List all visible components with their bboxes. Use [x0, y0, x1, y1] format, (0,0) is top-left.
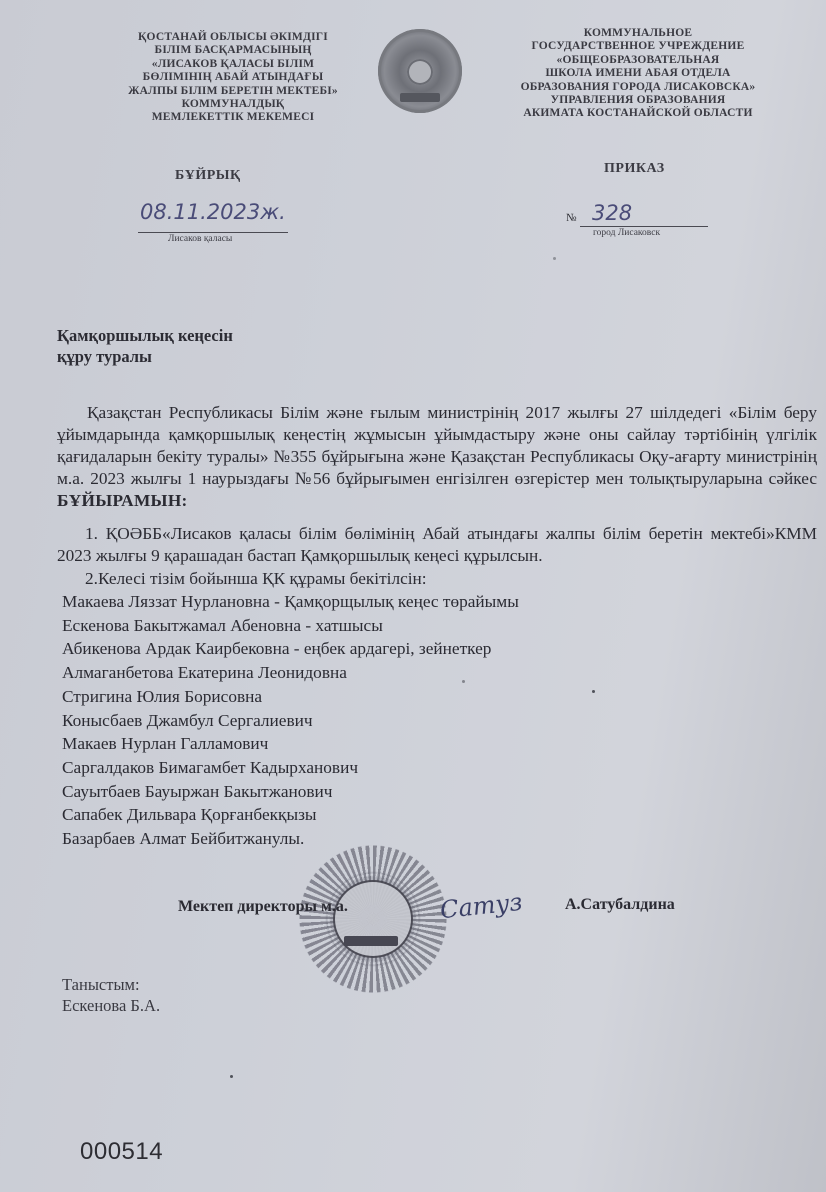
state-emblem-icon [378, 29, 462, 113]
number-prefix: № [566, 212, 577, 224]
preamble-paragraph: Қазақстан Республикасы Білім және ғылым … [57, 402, 817, 512]
handwritten-signature: Сатуз [439, 888, 524, 924]
order-item-2: 2.Келесі тізім бойынша ҚК құрамы бекітіл… [57, 568, 817, 590]
order-number: 328 [592, 201, 632, 225]
header-ru: КОММУНАЛЬНОЕ ГОСУДАРСТВЕННОЕ УЧРЕЖДЕНИЕ … [488, 27, 788, 121]
list-item: Алмаганбетова Екатерина Леонидовна [62, 661, 519, 685]
members-list: Макаева Ляззат Нурлановна - Қамқорщылық … [62, 590, 519, 851]
list-item: Саргалдаков Бимагамбет Кадырханович [62, 756, 519, 780]
list-item: Абикенова Ардак Каирбековна - еңбек арда… [62, 637, 519, 661]
number-underline [580, 226, 708, 227]
paper-speck [553, 257, 556, 260]
emblem-center [407, 59, 433, 85]
seal-ribbon [344, 936, 398, 946]
order-date: 08.11.2023ж. [140, 200, 286, 224]
signatory-title: Мектеп директоры м.а. [178, 898, 348, 916]
order-type-kz: БҰЙРЫҚ [175, 168, 241, 184]
header-kz: ҚОСТАНАЙ ОБЛЫСЫ ӘКІМДІГІ БІЛІМ БАСҚАРМАС… [78, 31, 388, 125]
command-word: БҰЙЫРАМЫН: [57, 491, 188, 510]
list-item: Конысбаев Джамбул Сергалиевич [62, 709, 519, 733]
list-item: Базарбаев Алмат Бейбитжанулы. [62, 827, 519, 851]
city-kz: Лисаков қаласы [168, 234, 232, 244]
list-item: Сауытбаев Бауыржан Бакытжанович [62, 780, 519, 804]
serial-number: 000514 [80, 1138, 163, 1166]
preamble-text: Қазақстан Республикасы Білім және ғылым … [57, 403, 817, 488]
emblem-ribbon [400, 93, 440, 102]
paper-speck [230, 1075, 233, 1078]
list-item: Ескенова Бакытжамал Абеновна - хатшысы [62, 614, 519, 638]
date-underline [138, 232, 288, 233]
signatory-name: А.Сатубалдина [565, 896, 675, 914]
city-ru: город Лисаковск [593, 228, 660, 238]
acknowledgement-name: Ескенова Б.А. [62, 996, 160, 1016]
document-title: Қамқоршылық кеңесін құру туралы [57, 325, 233, 367]
acknowledgement-label: Таныстым: [62, 975, 140, 995]
order-item-1: 1. ҚОӘББ«Лисаков қаласы білім бөлімінің … [57, 523, 817, 567]
seal-emblem-icon [333, 880, 413, 958]
paper-speck [592, 690, 595, 693]
list-item: Стригина Юлия Борисовна [62, 685, 519, 709]
list-item: Макаева Ляззат Нурлановна - Қамқорщылық … [62, 590, 519, 614]
list-item: Сапабек Дильвара Қорғанбекқызы [62, 803, 519, 827]
paper-speck [462, 680, 465, 683]
list-item: Макаев Нурлан Галламович [62, 732, 519, 756]
order-type-ru: ПРИКАЗ [604, 161, 665, 177]
